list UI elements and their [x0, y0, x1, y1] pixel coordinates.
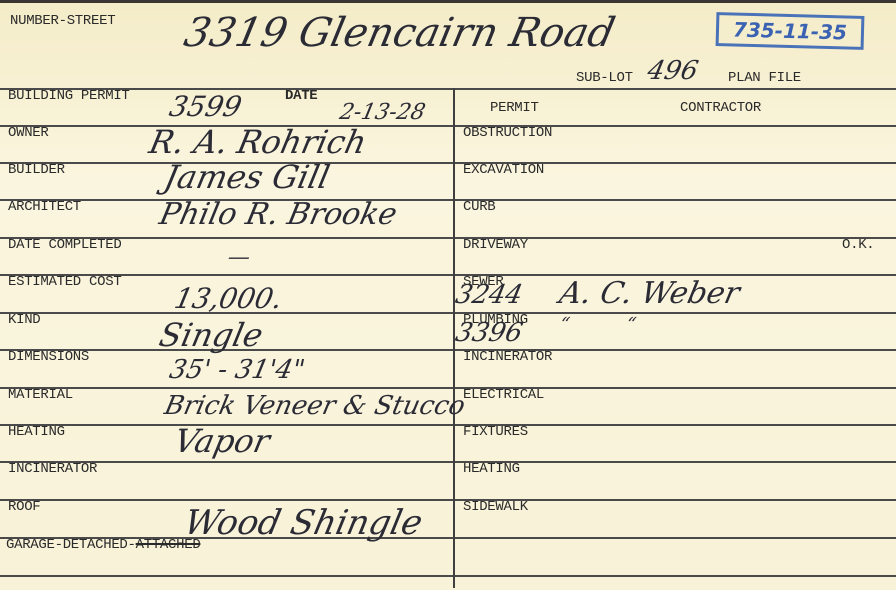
permit-label-heating: HEATING: [463, 461, 520, 477]
field-value-material: Brick Veneer & Stucco: [162, 391, 468, 421]
field-value-owner: R. A. Rohrich: [146, 123, 370, 161]
field-label-estimated-cost: ESTIMATED COST: [8, 274, 121, 290]
field-value-date-completed: —: [225, 245, 252, 270]
field-value-builder: James Gill: [161, 158, 333, 196]
building-permit-label: BUILDING PERMIT: [8, 88, 130, 104]
ruled-line: [0, 461, 896, 463]
ruled-line: [0, 349, 896, 351]
field-value-roof: Wood Shingle: [181, 503, 426, 543]
ruled-line: [0, 199, 896, 201]
field-label-roof: ROOF: [8, 499, 40, 515]
plan-file-label: PLAN FILE: [728, 70, 801, 86]
permit-column-header: PERMIT: [490, 100, 539, 116]
ruled-line: [0, 88, 896, 90]
contractor-plumbing: “ “: [558, 314, 638, 335]
ruled-line: [0, 575, 896, 577]
field-label-incinerator: INCINERATOR: [8, 461, 97, 477]
field-value-architect: Philo R. Brooke: [156, 197, 400, 232]
field-value-heating: Vapor: [171, 422, 273, 460]
garage-label-prefix: GARAGE-DETACHED-: [6, 537, 136, 553]
contractor-sewer: A. C. Weber: [556, 276, 743, 311]
building-permit-value: 3599: [166, 90, 244, 123]
ruled-line: [0, 125, 896, 127]
sub-lot-value: 496: [645, 56, 701, 86]
permit-label-fixtures: FIXTURES: [463, 424, 528, 440]
address-value: 3319 Glencairn Road: [180, 10, 619, 56]
building-permit-card: NUMBER-STREET 3319 Glencairn Road 735-11…: [0, 0, 896, 590]
field-label-material: MATERIAL: [8, 387, 73, 403]
garage-label-attached-struck: ATTACHED: [136, 537, 201, 553]
ruled-line: [0, 424, 896, 426]
permit-number-sewer: 3244: [453, 280, 526, 310]
field-label-dimensions: DIMENSIONS: [8, 349, 89, 365]
field-value-dimensions: 35' - 31'4": [167, 355, 308, 385]
garage-label: GARAGE-DETACHED-ATTACHED: [6, 537, 200, 553]
permit-label-excavation: EXCAVATION: [463, 162, 544, 178]
ruled-line: [0, 387, 896, 389]
permit-label-incinerator: INCINERATOR: [463, 349, 552, 365]
ruled-line: [0, 274, 896, 276]
permit-label-sidewalk: SIDEWALK: [463, 499, 528, 515]
permit-label-electrical: ELECTRICAL: [463, 387, 544, 403]
field-label-kind: KIND: [8, 312, 40, 328]
ruled-line: [0, 499, 896, 501]
date-label: DATE: [285, 88, 317, 104]
card-top-edge: [0, 0, 896, 3]
file-number-stamp: 735-11-35: [716, 12, 865, 50]
permit-label-obstruction: OBSTRUCTION: [463, 125, 552, 141]
date-value: 2-13-28: [337, 100, 427, 125]
ruled-line: [0, 162, 896, 164]
field-label-builder: BUILDER: [8, 162, 65, 178]
field-label-heating: HEATING: [8, 424, 65, 440]
ruled-line: [0, 312, 896, 314]
permit-label-curb: CURB: [463, 199, 495, 215]
sub-lot-label: SUB-LOT: [576, 70, 633, 86]
field-label-date-completed: DATE COMPLETED: [8, 237, 121, 253]
field-label-architect: ARCHITECT: [8, 199, 81, 215]
field-value-estimated-cost: 13,000.: [171, 282, 285, 315]
field-label-owner: OWNER: [8, 125, 49, 141]
contractor-column-header: CONTRACTOR: [680, 100, 761, 116]
permit-label-driveway: DRIVEWAY: [463, 237, 528, 253]
field-value-kind: Single: [156, 316, 266, 354]
ruled-line: [0, 237, 896, 239]
note-driveway: O.K.: [842, 237, 874, 253]
permit-number-plumbing: 3396: [453, 318, 526, 348]
number-street-label: NUMBER-STREET: [10, 13, 115, 29]
